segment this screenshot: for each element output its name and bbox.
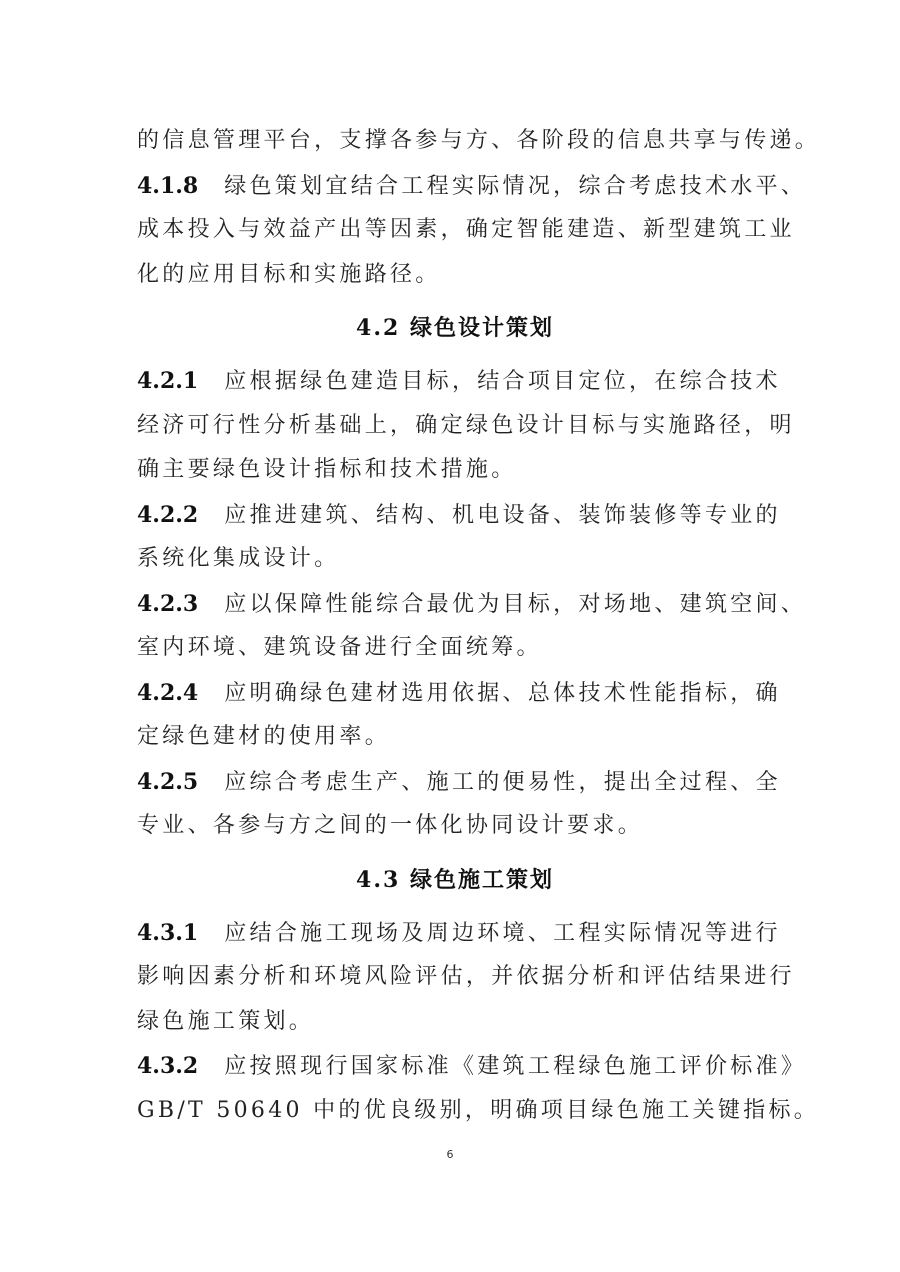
section-heading-4-3: 4.3 绿色施工策划 bbox=[137, 852, 765, 908]
clause-text: 绿色策划宜结合工程实际情况，综合考虑技术水平、 bbox=[224, 174, 806, 199]
clause-text: 应明确绿色建材选用依据、总体技术性能指标，确 bbox=[224, 681, 781, 706]
paragraph-line: 经济可行性分析基础上，确定绿色设计目标与实施路径，明 bbox=[137, 404, 765, 449]
clause-4-2-4: 4.2.4应明确绿色建材选用依据、总体技术性能指标，确 bbox=[137, 671, 765, 716]
clause-text: 应根据绿色建造目标，结合项目定位，在综合技术 bbox=[224, 369, 781, 394]
clause-4-1-8: 4.1.8绿色策划宜结合工程实际情况，综合考虑技术水平、 bbox=[137, 164, 765, 209]
page-content: 的信息管理平台，支撑各参与方、各阶段的信息共享与传递。 4.1.8绿色策划宜结合… bbox=[137, 119, 765, 1133]
paragraph-line: 的信息管理平台，支撑各参与方、各阶段的信息共享与传递。 bbox=[137, 119, 765, 164]
clause-number: 4.2.1 bbox=[137, 368, 198, 394]
clause-4-2-3: 4.2.3应以保障性能综合最优为目标，对场地、建筑空间、 bbox=[137, 582, 765, 627]
clause-4-3-1: 4.3.1应结合施工现场及周边环境、工程实际情况等进行 bbox=[137, 911, 765, 956]
clause-number: 4.2.5 bbox=[137, 769, 198, 795]
paragraph-line: 成本投入与效益产出等因素，确定智能建造、新型建筑工业 bbox=[137, 208, 765, 253]
clause-number: 4.2.3 bbox=[137, 591, 198, 617]
clause-number: 4.2.2 bbox=[137, 502, 198, 528]
clause-4-2-5: 4.2.5应综合考虑生产、施工的便易性，提出全过程、全 bbox=[137, 760, 765, 805]
document-page: 的信息管理平台，支撑各参与方、各阶段的信息共享与传递。 4.1.8绿色策划宜结合… bbox=[0, 0, 900, 1272]
clause-number: 4.3.1 bbox=[137, 920, 198, 946]
paragraph-line: GB/T 50640 中的优良级别，明确项目绿色施工关键指标。 bbox=[137, 1089, 765, 1134]
clause-4-2-1: 4.2.1应根据绿色建造目标，结合项目定位，在综合技术 bbox=[137, 359, 765, 404]
clause-number: 4.2.4 bbox=[137, 680, 198, 706]
paragraph-line: 影响因素分析和环境风险评估，并依据分析和评估结果进行 bbox=[137, 955, 765, 1000]
clause-text: 应推进建筑、结构、机电设备、装饰装修等专业的 bbox=[224, 503, 781, 528]
section-heading-4-2: 4.2 绿色设计策划 bbox=[137, 300, 765, 356]
paragraph-line: 确主要绿色设计指标和技术措施。 bbox=[137, 448, 765, 493]
paragraph-line: 定绿色建材的使用率。 bbox=[137, 715, 765, 760]
clause-text: 应结合施工现场及周边环境、工程实际情况等进行 bbox=[224, 921, 781, 946]
clause-4-2-2: 4.2.2应推进建筑、结构、机电设备、装饰装修等专业的 bbox=[137, 493, 765, 538]
paragraph-line: 室内环境、建筑设备进行全面统筹。 bbox=[137, 626, 765, 671]
clause-number: 4.3.2 bbox=[137, 1053, 198, 1079]
paragraph-line: 专业、各参与方之间的一体化协同设计要求。 bbox=[137, 804, 765, 849]
paragraph-line: 绿色施工策划。 bbox=[137, 1000, 765, 1045]
clause-text: 应按照现行国家标准《建筑工程绿色施工评价标准》 bbox=[224, 1054, 806, 1079]
paragraph-line: 系统化集成设计。 bbox=[137, 537, 765, 582]
page-number: 6 bbox=[0, 1148, 900, 1161]
clause-text: 应综合考虑生产、施工的便易性，提出全过程、全 bbox=[224, 770, 781, 795]
paragraph-line: 化的应用目标和实施路径。 bbox=[137, 253, 765, 298]
clause-4-3-2: 4.3.2应按照现行国家标准《建筑工程绿色施工评价标准》 bbox=[137, 1044, 765, 1089]
clause-text: 应以保障性能综合最优为目标，对场地、建筑空间、 bbox=[224, 592, 806, 617]
clause-number: 4.1.8 bbox=[137, 173, 198, 199]
